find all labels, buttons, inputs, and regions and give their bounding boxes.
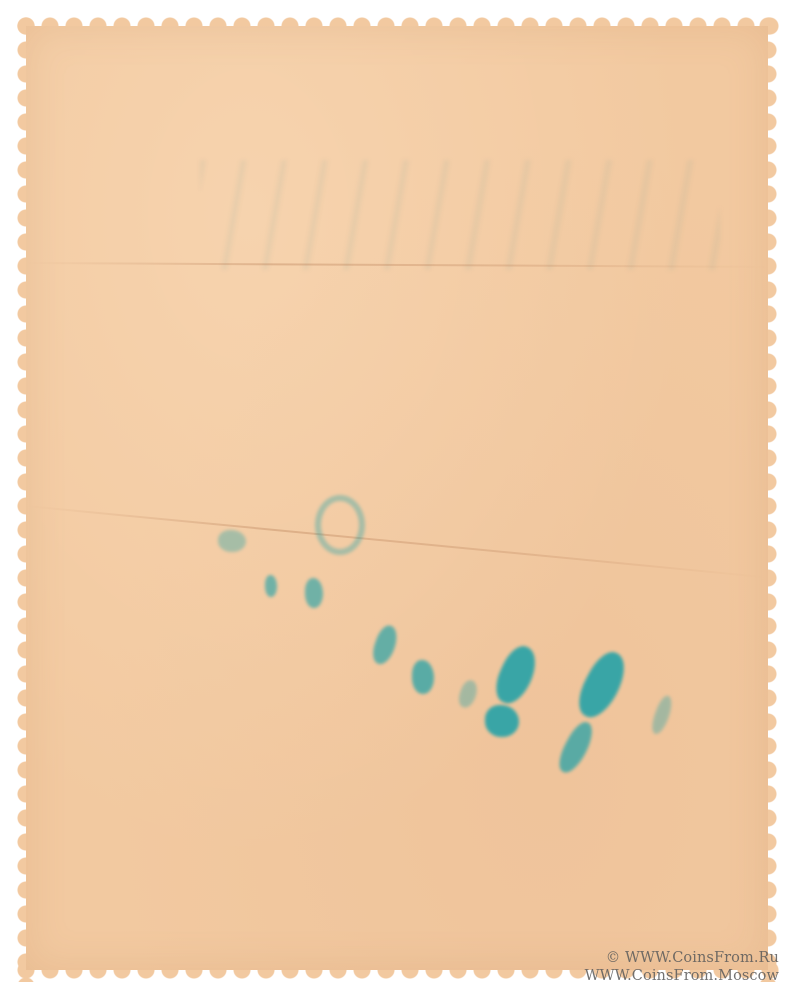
show-through-print: [200, 160, 720, 270]
watermark: © WWW.CoinsFrom.Ru WWW.CoinsFrom.Moscow: [585, 949, 779, 985]
watermark-line-1: © WWW.CoinsFrom.Ru: [585, 949, 779, 967]
watermark-line-2: WWW.CoinsFrom.Moscow: [585, 967, 779, 985]
